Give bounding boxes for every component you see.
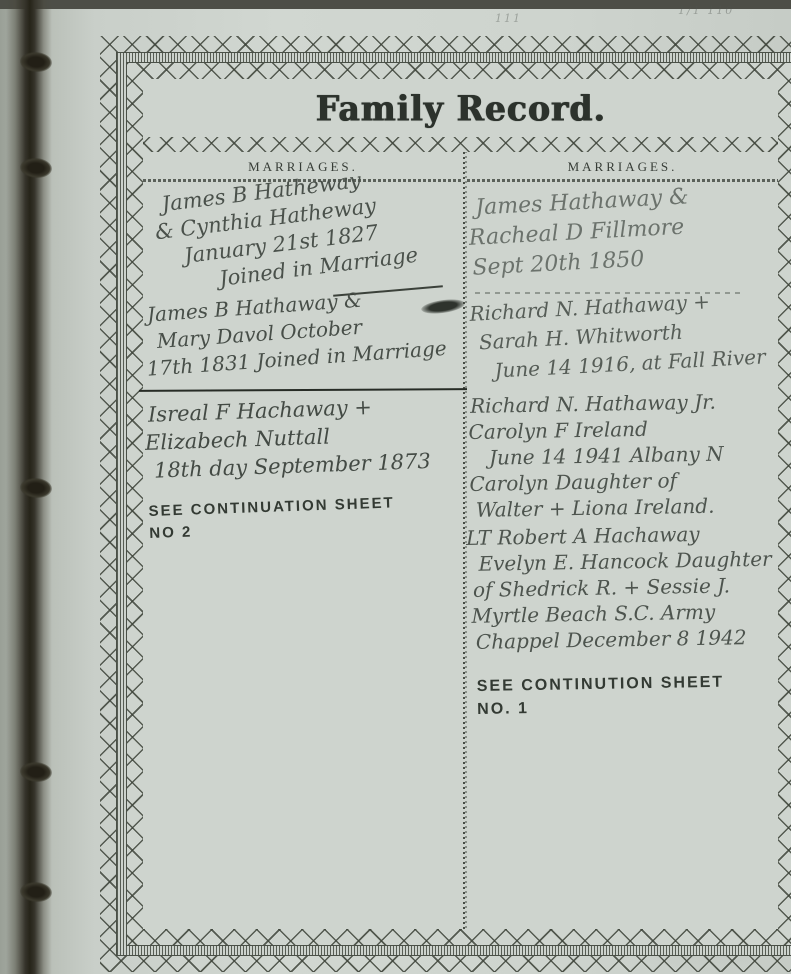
inner-diamond-border: Family Record. MARRIAGES. James B Hathew… [126, 62, 791, 946]
column-header: MARRIAGES. [467, 152, 778, 175]
hatch-border: Family Record. MARRIAGES. James B Hathew… [116, 52, 791, 956]
book-spine [6, 0, 52, 974]
pencil-mark: 1/1 110 [678, 4, 734, 17]
outer-diamond-border: Family Record. MARRIAGES. James B Hathew… [100, 36, 791, 972]
binding-knot [19, 761, 52, 783]
marriage-entry: LT Robert A Hachaway Evelyn E. Hancock D… [466, 520, 779, 655]
continuation-note: SEE CONTINUATION SHEET NO 2 [148, 490, 463, 545]
marriage-entry: James B Hatheway & Cynthia Hatheway Janu… [146, 154, 477, 300]
marriage-entry: Richard N. Hathaway Jr. Carolyn F Irelan… [466, 388, 779, 523]
record-page: Family Record. MARRIAGES. James B Hathew… [143, 79, 778, 929]
binding-knot [19, 477, 52, 499]
pencil-mark: 111 [495, 12, 522, 25]
print-line: NO. 1 [477, 693, 778, 721]
handwritten-line: Chappel December 8 1942 [476, 624, 779, 655]
left-marriages-column: MARRIAGES. James B Hatheway & Cynthia Ha… [143, 152, 463, 929]
continuation-note: SEE CONTINUTION SHEET NO. 1 [477, 670, 779, 721]
binding-knot [19, 157, 52, 179]
title-band: Family Record. [143, 79, 778, 137]
binding-knot [19, 881, 52, 903]
scan-top-edge [0, 0, 791, 9]
page-title: Family Record. [315, 87, 605, 128]
handwritten-line: Evelyn E. Hancock Daughter [478, 546, 777, 577]
marriage-entry: Richard N. Hathaway + Sarah H. Whitworth… [465, 284, 780, 387]
diamond-separator [143, 137, 778, 152]
binding-knot [19, 51, 52, 73]
right-marriages-column: MARRIAGES. James Hathaway & Racheal D Fi… [467, 152, 778, 929]
decorative-border-frame: Family Record. MARRIAGES. James B Hathew… [100, 36, 791, 972]
handwritten-line: Walter + Liona Ireland. [476, 492, 779, 523]
marriage-entry: James Hathaway & Racheal D Fillmore Sept… [465, 178, 780, 284]
marriage-columns: MARRIAGES. James B Hatheway & Cynthia Ha… [143, 152, 778, 929]
marriage-entry: Isreal F Hachaway + Elizabech Nuttall 18… [142, 390, 465, 485]
